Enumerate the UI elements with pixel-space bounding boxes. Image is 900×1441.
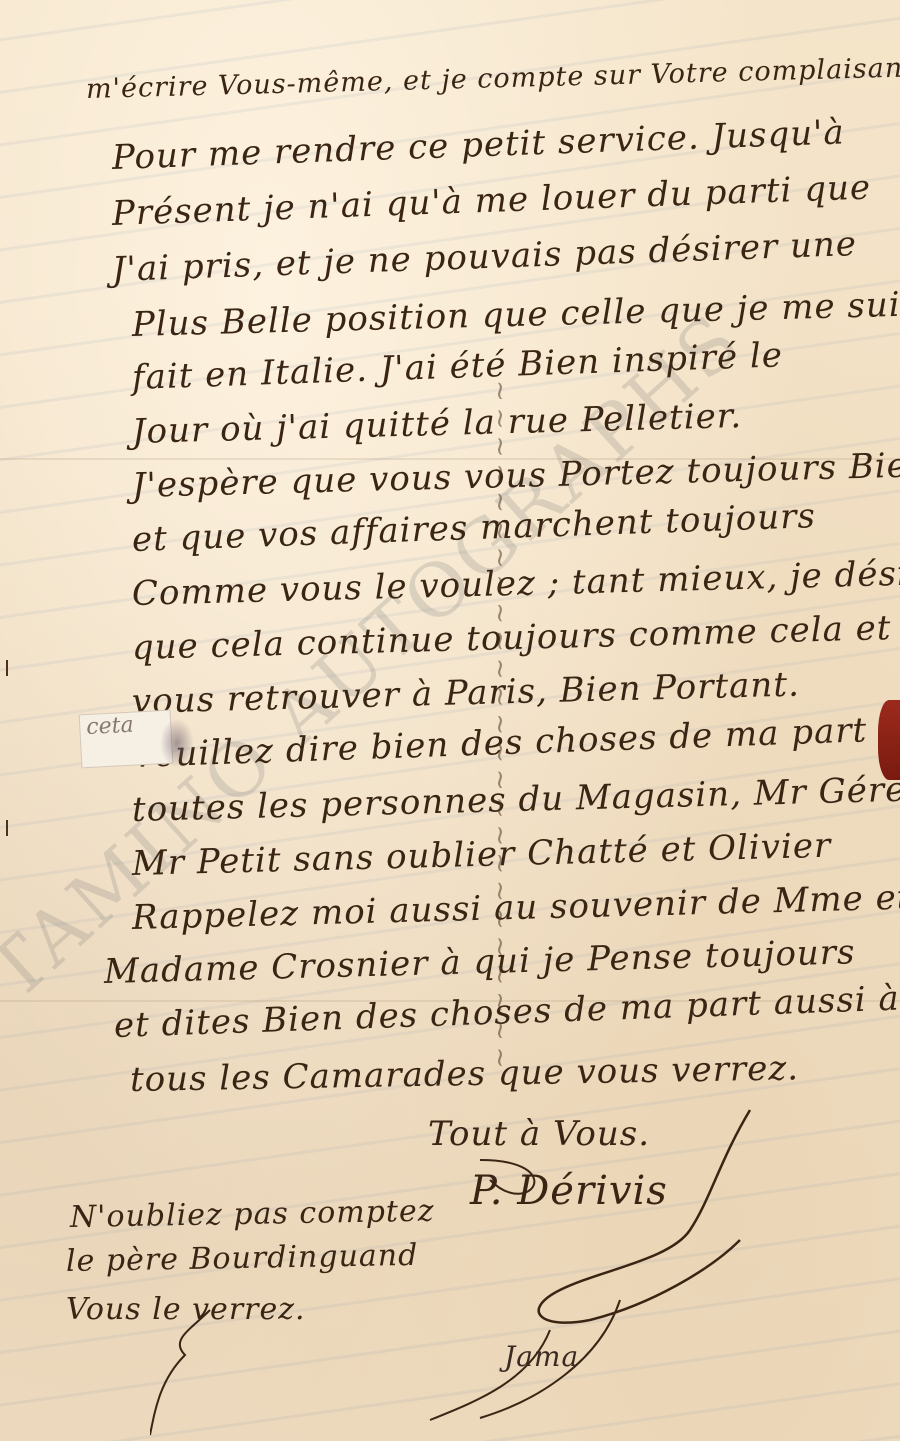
letter-page: TAMINO AUTOGRAPHS m'écrire Vous-même, et… <box>0 0 900 1441</box>
letter-line: tous les Camarades que vous verrez. <box>130 1048 800 1100</box>
postscript-line: le père Bourdinguand <box>66 1238 419 1279</box>
letter-line: Présent je n'ai qu'à me louer du parti q… <box>111 168 871 234</box>
margin-mark <box>6 820 8 836</box>
postscript-line: N'oubliez pas comptez <box>70 1194 435 1235</box>
letter-line: Pour me rendre ce petit service. Jusqu'à <box>111 112 845 178</box>
letter-line: m'écrire Vous-même, et je compte sur Vot… <box>86 52 900 105</box>
letter-line: Rappelez moi aussi au souvenir de Mme et <box>131 878 900 938</box>
ink-smudge <box>160 718 194 768</box>
pen-stroke-icon <box>150 1300 310 1440</box>
letter-line: Plus Belle position que celle que je me … <box>131 284 900 345</box>
vertical-crossed-text: ~~~~~~~~~~~~~~~~~~~~~~~~~ <box>485 380 515 1075</box>
letter-line: J'ai pris, et je ne pouvais pas désirer … <box>111 224 857 290</box>
letter-line: Mr Petit sans oublier Chatté et Olivier <box>131 826 831 884</box>
signature-flourish-icon <box>420 1100 840 1440</box>
margin-mark <box>6 660 8 676</box>
wax-seal-remnant <box>878 700 900 780</box>
torn-fragment-text: ceta <box>80 713 135 741</box>
letter-line: vous retrouver à Paris, Bien Portant. <box>131 665 800 722</box>
